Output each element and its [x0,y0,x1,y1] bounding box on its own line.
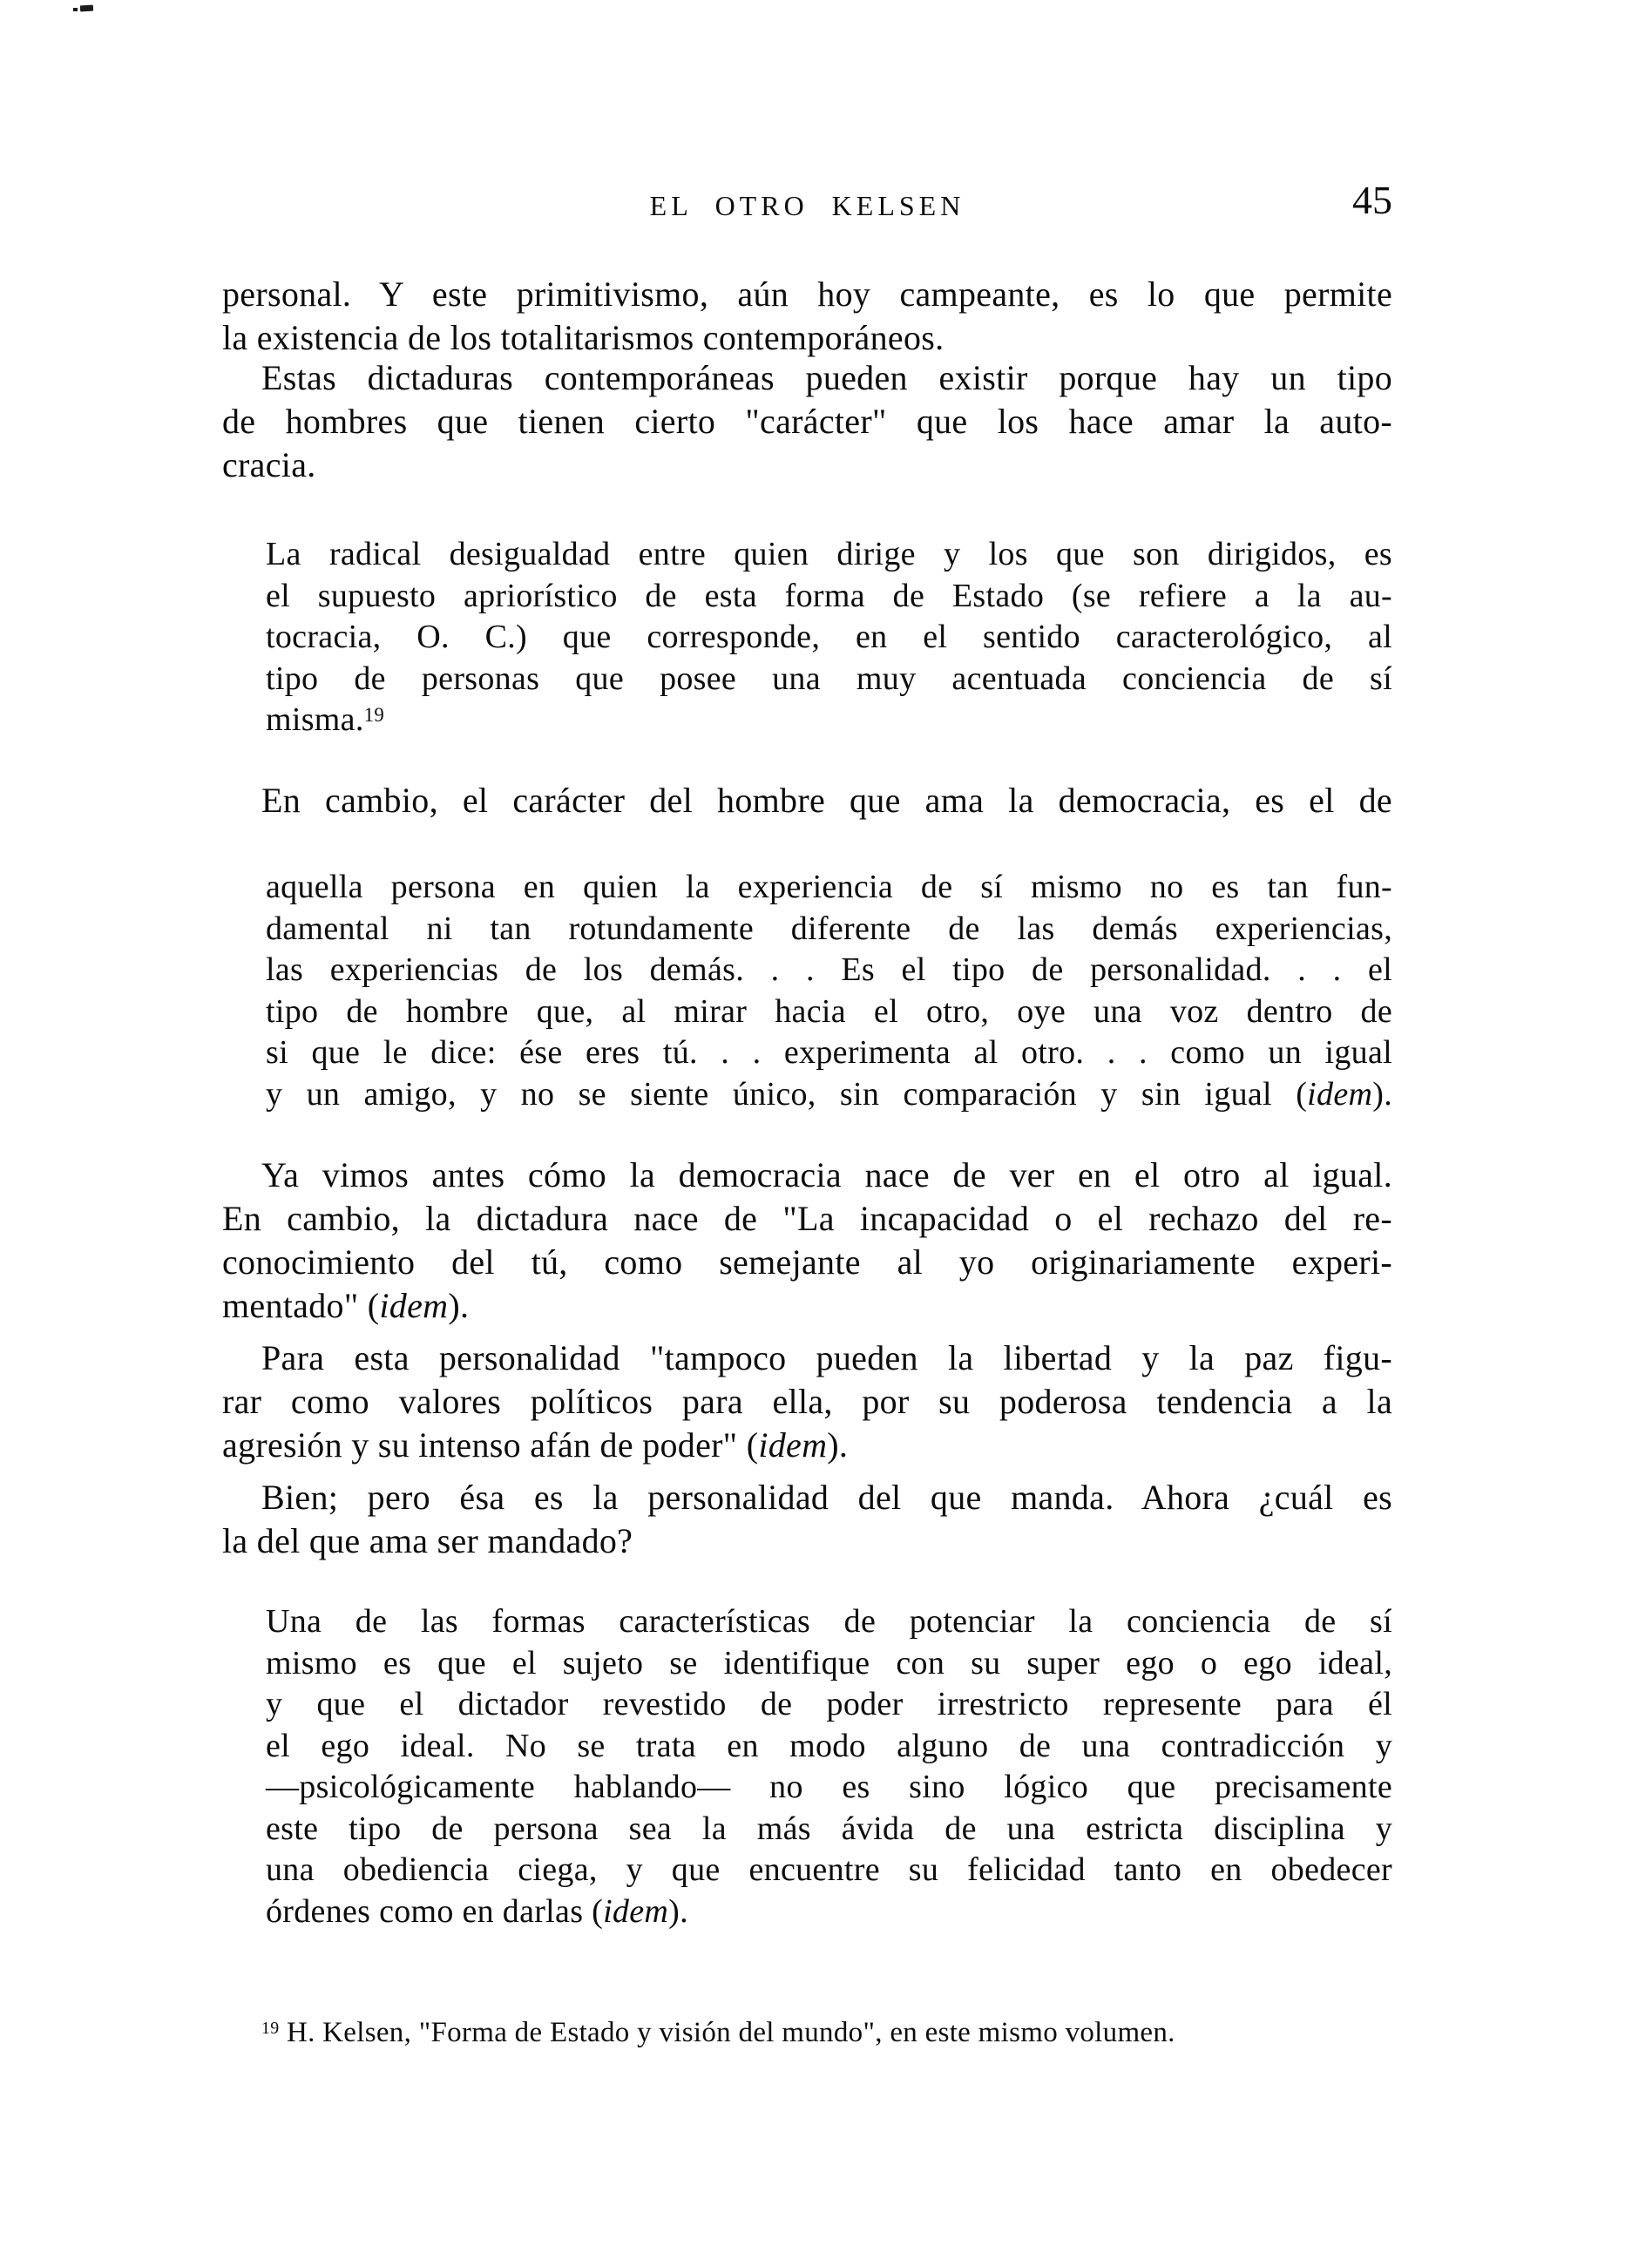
ink-dash [80,5,93,12]
text-line: una obediencia ciega, y que encuentre su… [266,1850,1392,1891]
text-line: el ego ideal. No se trata en modo alguno… [266,1726,1392,1768]
text-line: Para esta personalidad "tampoco pueden l… [222,1336,1392,1380]
text-line: el supuesto apriorístico de esta forma d… [266,576,1392,618]
block-quote: La radical desigualdad entre quien dirig… [266,534,1392,741]
text-line: aquella persona en quien la experiencia … [266,867,1392,909]
text-line: Ya vimos antes cómo la democracia nace d… [222,1154,1392,1197]
text-line: y que el dictador revestido de poder irr… [266,1684,1392,1726]
text-line: tocracia, O. C.) que corresponde, en el … [266,617,1392,659]
text-line: tipo de hombre que, al mirar hacia el ot… [266,991,1392,1033]
text-line: La radical desigualdad entre quien dirig… [266,534,1392,576]
footnote: 19 H. Kelsen, "Forma de Estado y visión … [222,2015,1392,2050]
text-line: este tipo de persona sea la más ávida de… [266,1809,1392,1851]
text-line: si que le dice: ése eres tú. . . experim… [266,1032,1392,1074]
text-line: la existencia de los totalitarismos cont… [222,316,1392,360]
block-quote: Una de las formas características de pot… [266,1601,1392,1932]
scan-artifact [73,5,99,14]
text-line: En cambio, la dictadura nace de "La inca… [222,1197,1392,1241]
text-line: Una de las formas características de pot… [266,1601,1392,1643]
text-line: y un amigo, y no se siente único, sin co… [266,1074,1392,1116]
text-line: En cambio, el carácter del hombre que am… [222,779,1392,822]
paragraph: Bien; pero ésa es la personalidad del qu… [222,1476,1392,1563]
text-line: tipo de personas que posee una muy acent… [266,659,1392,700]
text-line: mentado" (idem). [222,1284,1392,1328]
text-line: 19 H. Kelsen, "Forma de Estado y visión … [222,2015,1392,2050]
block-quote: aquella persona en quien la experiencia … [266,867,1392,1115]
text-line: cracia. [222,443,1392,487]
ink-dot [73,8,78,11]
text-line: las experiencias de los demás. . . Es el… [266,950,1392,991]
text-line: misma.19 [266,700,1392,741]
text-line: personal. Y este primitivismo, aún hoy c… [222,273,1392,316]
paragraph: Ya vimos antes cómo la democracia nace d… [222,1154,1392,1328]
book-page: EL OTRO KELSEN 45 personal. Y este primi… [0,0,1652,2260]
text-line: de hombres que tienen cierto "carácter" … [222,400,1392,443]
text-line: la del que ama ser mandado? [222,1519,1392,1563]
text-line: mismo es que el sujeto se identifique co… [266,1643,1392,1685]
page-number: 45 [222,179,1392,221]
text-line: conocimiento del tú, como semejante al y… [222,1241,1392,1284]
text-line: agresión y su intenso afán de poder" (id… [222,1424,1392,1467]
text-line: Estas dictaduras contemporáneas pueden e… [222,356,1392,400]
paragraph: Para esta personalidad "tampoco pueden l… [222,1336,1392,1467]
text-line: órdenes como en darlas (idem). [266,1891,1392,1933]
paragraph: Estas dictaduras contemporáneas pueden e… [222,356,1392,487]
text-line: Bien; pero ésa es la personalidad del qu… [222,1476,1392,1519]
paragraph: En cambio, el carácter del hombre que am… [222,779,1392,822]
text-line: rar como valores políticos para ella, po… [222,1380,1392,1424]
text-line: damental ni tan rotundamente diferente d… [266,909,1392,951]
text-line: —psicológicamente hablando— no es sino l… [266,1767,1392,1809]
paragraph: personal. Y este primitivismo, aún hoy c… [222,273,1392,360]
